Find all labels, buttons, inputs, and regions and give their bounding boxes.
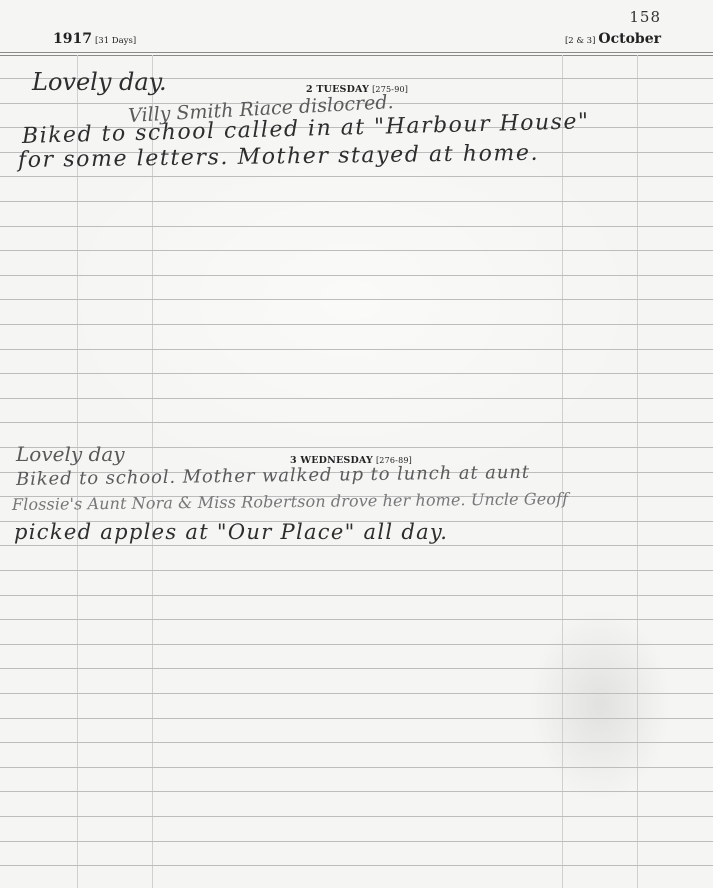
ruled-line (0, 791, 713, 792)
ruled-line (0, 693, 713, 694)
ruled-line (0, 324, 713, 325)
ruled-line (0, 299, 713, 300)
ruled-line (0, 816, 713, 817)
entry-line: for some letters. Mother stayed at home. (18, 143, 539, 172)
ruled-line (0, 373, 713, 374)
year-heading: 1917[31 Days] (53, 31, 136, 47)
ruled-line (0, 570, 713, 571)
diary-page: 1917[31 Days] 158 [2 & 3]October 2 TUESD… (0, 0, 713, 888)
ruled-line (0, 226, 713, 227)
entry-line: Lovely day. (32, 70, 167, 94)
ruled-line (0, 176, 713, 177)
header-rule (0, 55, 713, 56)
ruled-line (0, 595, 713, 596)
ruled-line (0, 767, 713, 768)
ruled-line (0, 619, 713, 620)
page-number: 158 (629, 8, 661, 26)
entry-line: Lovely day (16, 444, 125, 464)
entry-line: Biked to school. Mother walked up to lun… (16, 464, 530, 489)
ruled-line (0, 668, 713, 669)
ruled-line (0, 644, 713, 645)
month-note: [2 & 3] (565, 36, 595, 46)
year-note: [31 Days] (95, 36, 136, 46)
entry-line: Flossie's Aunt Nora & Miss Robertson dro… (12, 491, 568, 513)
ruled-line (0, 545, 713, 546)
ruled-line (0, 841, 713, 842)
ruled-line (0, 422, 713, 423)
ruled-line (0, 275, 713, 276)
day-number: 2 (306, 84, 313, 95)
ruled-line (0, 398, 713, 399)
month-heading: [2 & 3]October (565, 31, 661, 47)
ruled-line (0, 201, 713, 202)
ruled-line (0, 865, 713, 866)
ruled-line (0, 718, 713, 719)
year-value: 1917 (53, 31, 92, 47)
header-rule (0, 52, 713, 53)
ruled-line (0, 742, 713, 743)
month-value: October (598, 31, 661, 47)
entry-line: picked apples at "Our Place" all day. (14, 522, 448, 543)
ruled-line (0, 349, 713, 350)
ruled-line (0, 250, 713, 251)
